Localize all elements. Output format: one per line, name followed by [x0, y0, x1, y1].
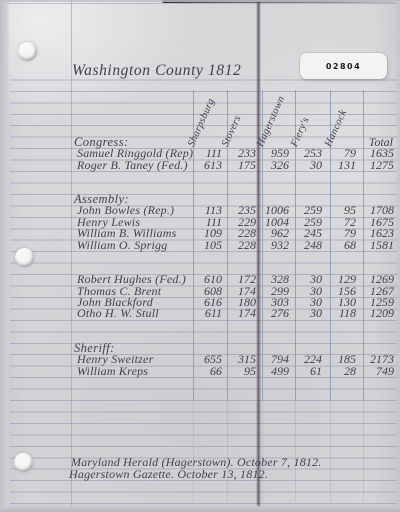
page-edge-bottom [0, 504, 400, 512]
candidate-name: Otho H. W. Stull [77, 306, 159, 321]
result-row: Otho H. W. Stull611174276301181209 [0, 306, 400, 321]
table-column-line-faint [295, 400, 296, 502]
table-column-line-faint [227, 400, 228, 502]
page-title: Washington County 1812 [72, 62, 241, 80]
result-row: William O. Sprigg105228932248681581 [0, 238, 400, 253]
catalog-sticker: 02804 [300, 53, 387, 79]
top-rule-line [0, 3, 400, 4]
table-column-line-faint [262, 400, 263, 502]
punch-hole [14, 453, 33, 472]
table-column-line-faint [363, 400, 364, 502]
total-cell: 1275 [342, 158, 394, 173]
total-cell: 749 [342, 364, 394, 379]
catalog-number: 02804 [326, 62, 361, 71]
page-edge-left [0, 0, 10, 512]
candidate-name: William Kreps [77, 364, 148, 379]
scan-edge-artifact [162, 0, 395, 3]
candidate-name: William O. Sprigg [77, 238, 167, 253]
table-column-line-faint [193, 400, 194, 502]
citation-line: Hagerstown Gazette. October 13, 1812. [69, 467, 268, 482]
scanned-ledger-page: 02804 Washington County 1812 SharpsburgS… [0, 0, 400, 512]
punch-hole [18, 42, 37, 61]
total-cell: 1581 [342, 238, 394, 253]
total-cell: 1209 [342, 306, 394, 321]
fold-shadow-line [256, 0, 261, 512]
result-row: Roger B. Taney (Fed.)613175326301311275 [0, 158, 400, 173]
punch-hole [15, 248, 34, 267]
table-column-line-faint [330, 400, 331, 502]
result-row: William Kreps66954996128749 [0, 364, 400, 379]
